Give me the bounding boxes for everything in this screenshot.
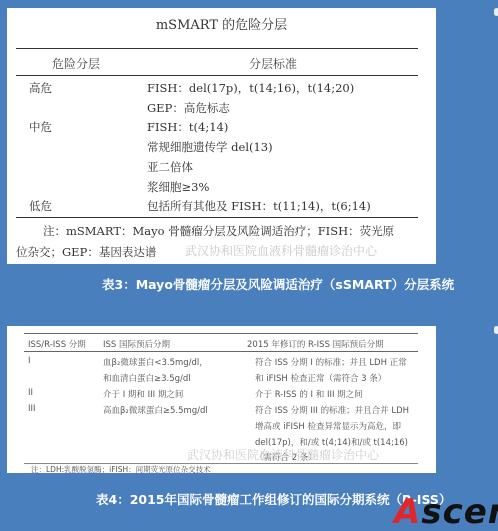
row1-riss-2: 和 iFISH 检查正常（需符合 3 条）: [255, 372, 386, 384]
row2-riss-1: 介于 R-ISS 的 I 和 III 期之间: [255, 388, 363, 400]
table3-note-line2: 位杂交；GEP：基因表达谱: [16, 244, 156, 260]
row-stage-2: II: [28, 388, 33, 398]
row-stage-1: I: [28, 356, 31, 366]
row1-riss-1: 符合 ISS 分期 I 的标准；并且 LDH 正常: [255, 356, 407, 368]
header-stage: ISS/R-ISS 分期: [28, 338, 86, 350]
header-riss: 2015 年修订的 R-ISS 国际预后分期: [247, 338, 384, 350]
table4-note: 注：LDH:乳酸脱氢酶；iFISH：间期荧光原位杂交技术: [31, 464, 211, 475]
row-mid-level: 中危: [29, 119, 52, 135]
top-rule: [24, 333, 418, 334]
row-mid-criteria-1: FISH：t(4;14): [147, 119, 228, 135]
logo-letter-a: A: [394, 492, 421, 531]
bottom-rule: [16, 217, 418, 218]
row-mid-criteria-4: 浆细胞≥3%: [147, 179, 209, 195]
ascend-logo: Ascend: [394, 492, 498, 531]
row-stage-3: III: [28, 404, 36, 414]
row3-iss-1: 高血β₂微球蛋白≥5.5mg/dl: [103, 404, 208, 416]
row-high-level: 高危: [29, 80, 52, 96]
table3-image: mSMART 的危险分层 危险分层 分层标准 高危 FISH：del(17p)，…: [7, 8, 436, 264]
header-risk-level: 危险分层: [52, 55, 100, 72]
header-rule: [16, 75, 418, 76]
row-mid-criteria-3: 亚二倍体: [147, 159, 193, 175]
watermark: 武汉协和医院血液科骨髓瘤诊治中心: [185, 242, 377, 259]
row-low-criteria-1: 包括所有其他及 FISH：t(11;14)，t(6;14): [147, 198, 371, 214]
row-high-criteria-1: FISH：del(17p)，t(14;16)，t(14;20): [147, 80, 354, 96]
row-low-level: 低危: [29, 198, 52, 214]
watermark: 武汉协和医院血液科骨髓瘤诊治中心: [187, 446, 379, 463]
row1-iss-2: 和血清白蛋白≥3.5g/dl: [103, 372, 191, 384]
row3-riss-1: 符合 ISS 分期 III 的标准；并且合并 LDH: [255, 404, 409, 416]
top-rule: [16, 48, 418, 49]
row2-iss-1: 介于 I 期和 III 期之间: [103, 388, 183, 400]
row1-iss-1: 血β₂微球蛋白<3.5mg/dl，: [103, 356, 208, 368]
logo-text: scend: [421, 492, 498, 531]
header-criteria: 分层标准: [249, 55, 297, 72]
table3-title: mSMART 的危险分层: [7, 14, 436, 33]
row-mid-criteria-2: 常规细胞遗传学 del(13): [147, 139, 273, 155]
table4-image: ISS/R-ISS 分期 ISS 国际预后分期 2015 年修订的 R-ISS …: [7, 326, 436, 473]
edge-marker: [494, 326, 498, 334]
table3-note-line1: 注：mSMART：Mayo 骨髓瘤分层及风险调适治疗；FISH：荧光原: [43, 223, 394, 239]
edge-marker: [494, 8, 498, 16]
header-iss: ISS 国际预后分期: [103, 338, 170, 350]
row3-riss-2: 增高或 iFISH 检查异常显示为高危，即: [255, 420, 401, 432]
row-high-criteria-2: GEP：高危标志: [147, 100, 230, 116]
table3-caption: 表3：Mayo骨髓瘤分层及风险调适治疗（sSMART）分层系统: [102, 275, 454, 293]
header-rule: [24, 351, 418, 352]
